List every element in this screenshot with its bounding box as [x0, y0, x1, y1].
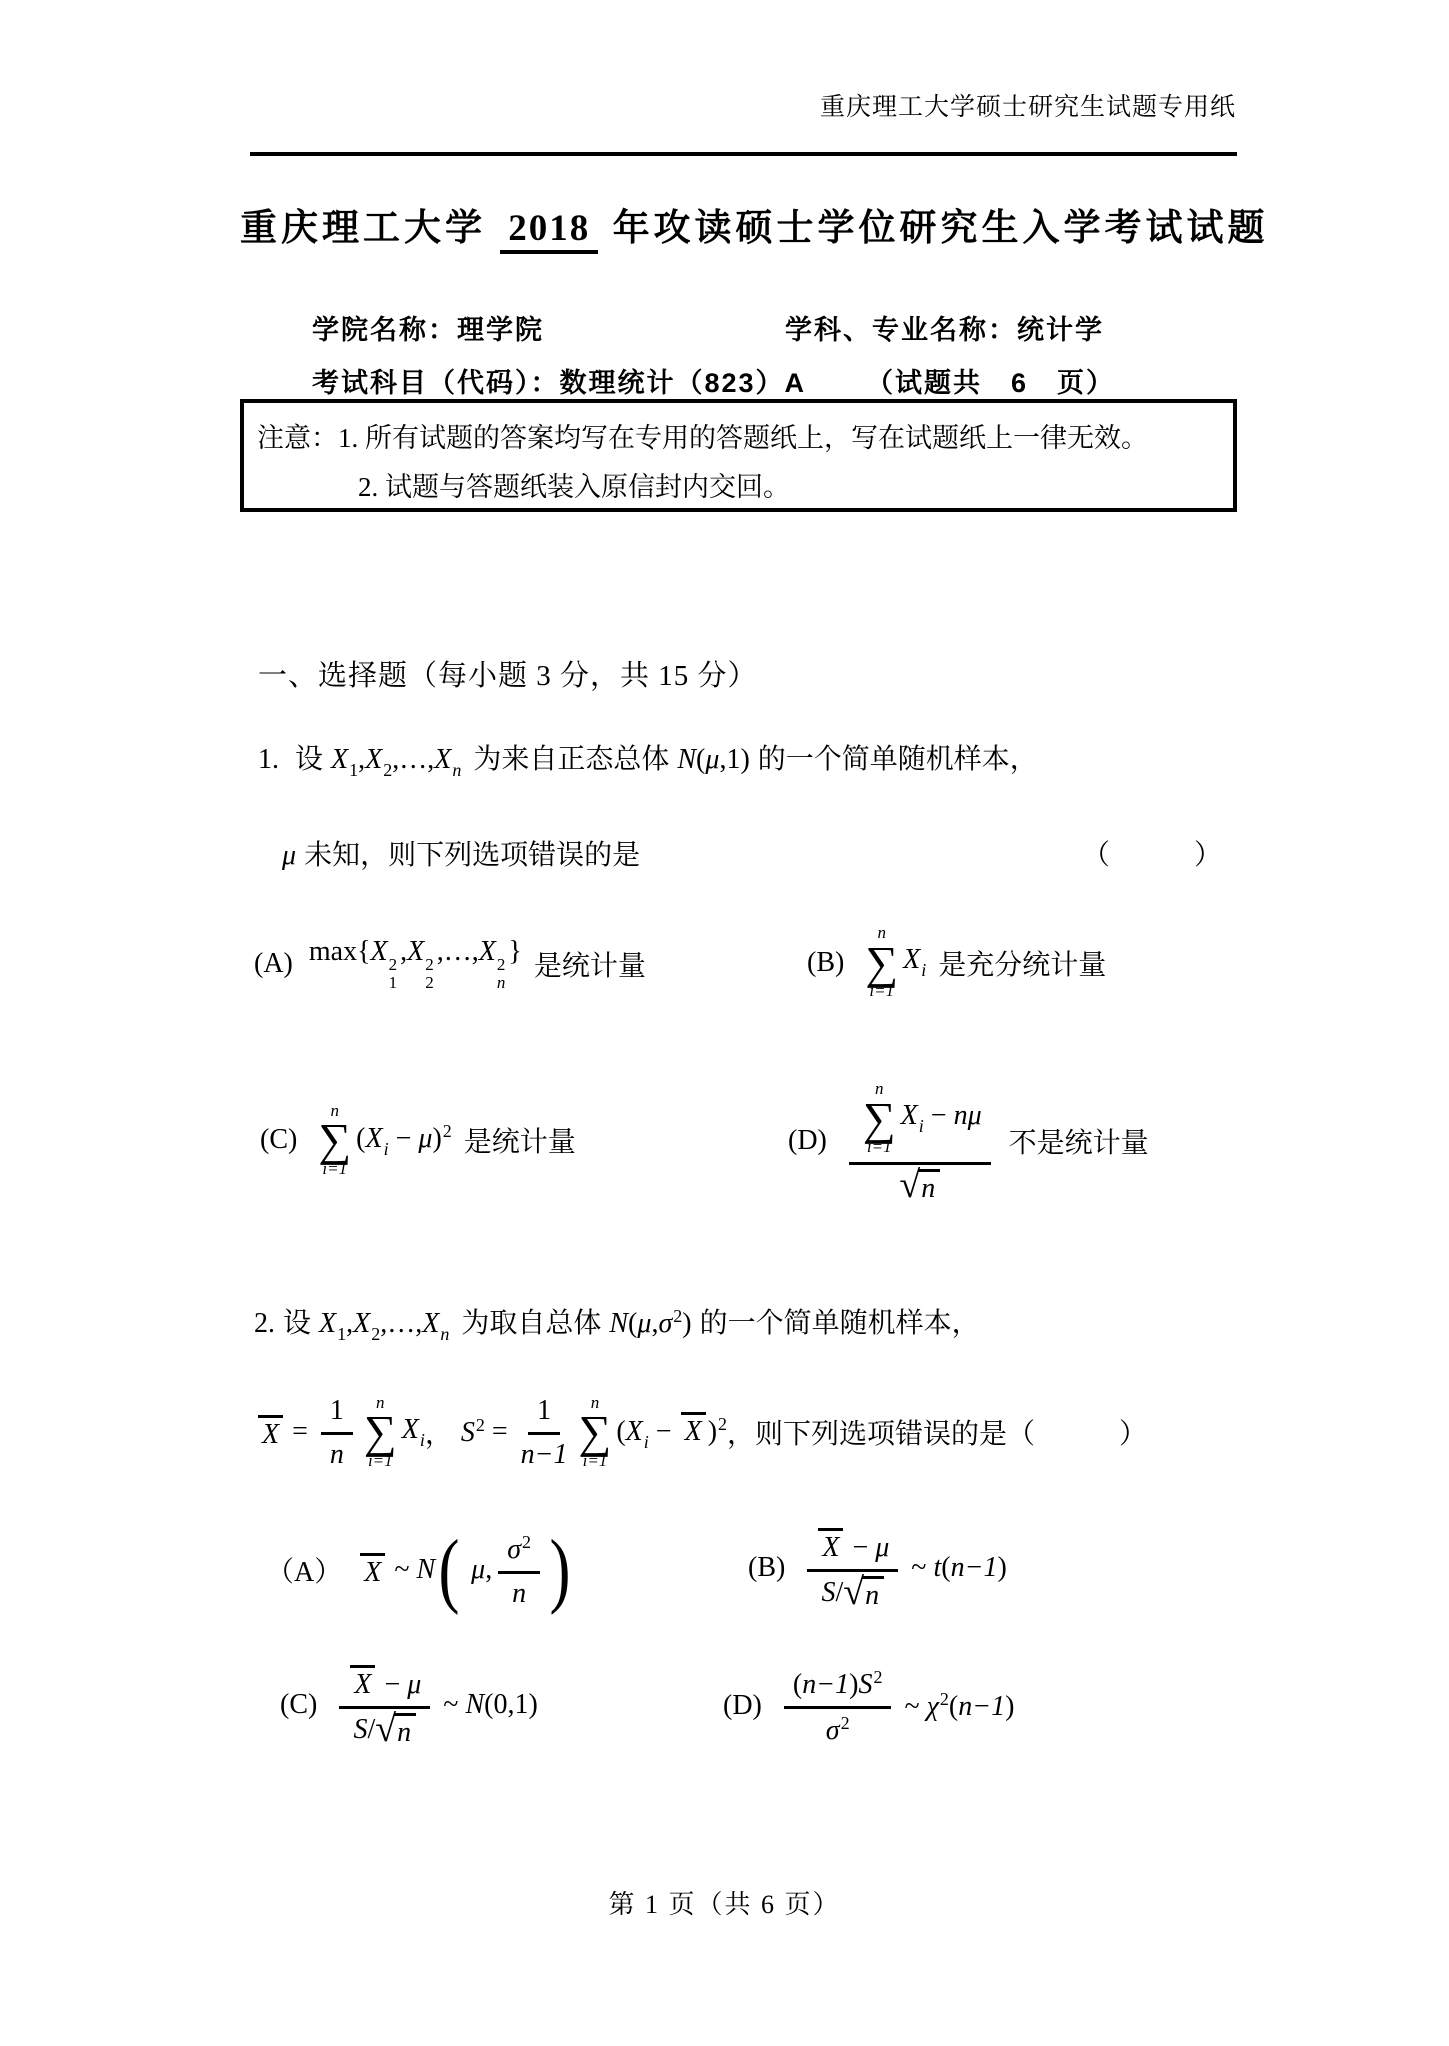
major-value: 统计学 [1017, 315, 1104, 345]
q2-mid-text: 为取自总体 [461, 1308, 601, 1339]
one-over-n-minus-1-fraction: 1n−1 [521, 1393, 568, 1471]
notice-item-1: 1. 所有试题的答案均写在专用的答题纸上，写在试题纸上一律无效。 [338, 423, 1148, 453]
q1-option-d-text: 不是统计量 [1009, 1121, 1149, 1161]
x-bar-symbol: X [258, 1415, 283, 1449]
q1-number: 1. [258, 744, 279, 775]
info-college: 学院名称：理学院 [312, 308, 544, 347]
summation-symbol: n∑i=1 [318, 1102, 351, 1178]
question-1-intro: 1.设X1,X2,…,Xn为来自正态总体N(μ,1)的一个简单随机样本， [258, 737, 1038, 781]
q2-option-c-label: (C) [280, 1689, 317, 1721]
q1-normal-population: N(μ,1) [677, 744, 749, 776]
q2-option-a-label: （A） [266, 1550, 342, 1590]
s-squared-symbol: S2 [461, 1415, 485, 1449]
x-bar-symbol: X [360, 1553, 385, 1587]
sqrt-n: √n [843, 1576, 884, 1610]
title-university: 重庆理工大学 [240, 207, 486, 248]
question-1-line2: μ未知，则下列选项错误的是 [282, 833, 640, 873]
q1-option-c-term: (Xi−μ)2 [356, 1121, 452, 1160]
info-pages-note: （试题共 6 页） [866, 361, 1115, 400]
q1-option-c: (C)n∑i=1(Xi−μ)2是统计量 [260, 1065, 576, 1215]
q1-option-b-text: 是充分统计量 [938, 943, 1106, 983]
question-2-intro: 2.设X1,X2,…,Xn为取自总体N(μ,σ2)的一个简单随机样本， [254, 1301, 980, 1345]
summation-symbol: n∑i=1 [364, 1394, 397, 1470]
q1-option-a-label: (A) [254, 948, 293, 980]
info-subject: 考试科目（代码）：数理统计（823）A [312, 361, 806, 400]
sqrt-n: √n [899, 1169, 940, 1203]
exam-paper-page: 重庆理工大学硕士研究生试题专用纸 重庆理工大学 2018 年攻读硕士学位研究生入… [0, 0, 1449, 2046]
separator-comma: ， [425, 1412, 453, 1452]
q1-tail-text: 的一个简单随机样本， [758, 744, 1038, 775]
major-label: 学科、专业名称： [785, 315, 1017, 345]
college-label: 学院名称： [312, 315, 457, 345]
q1-option-d: (D)n∑i=1Xi−nμ√n不是统计量 [788, 1058, 1149, 1223]
q2-xi-term: Xi [402, 1414, 425, 1451]
equals-sign: = [492, 1416, 508, 1448]
equals-sign: = [292, 1416, 308, 1448]
q1-option-c-text: 是统计量 [464, 1120, 576, 1160]
sqrt-n: √n [375, 1713, 416, 1747]
college-value: 理学院 [457, 315, 544, 345]
q2b-distribution: ~t(n−1) [904, 1552, 1007, 1584]
subject-value: 数理统计（823）A [560, 368, 807, 398]
q2a-mu-comma: μ, [471, 1554, 492, 1586]
q1-option-a-formula: max{X21,X22,…,X2n} [309, 936, 522, 992]
q2-option-b-label: (B) [748, 1552, 785, 1584]
z-statistic-fraction: X−μS/√n [339, 1663, 430, 1747]
q1-set-word: 设 [295, 744, 323, 775]
q2-set-word: 设 [283, 1308, 311, 1339]
notice-label: 注意： [257, 423, 338, 453]
notice-box: 注意：1. 所有试题的答案均写在专用的答题纸上，写在试题纸上一律无效。 2. 试… [240, 399, 1237, 512]
q1-option-b: (B)n∑i=1Xi是充分统计量 [807, 895, 1106, 1030]
q2c-distribution: ~N(0,1) [436, 1689, 538, 1721]
q1-option-b-term: Xi [903, 944, 926, 981]
question-2-formulas: X=1nn∑i=1Xi，S2=1n−1n∑i=1(Xi−X)2，则下列选项错误的… [256, 1358, 1147, 1506]
q2-option-b: (B)X−μS/√n~t(n−1) [748, 1498, 1007, 1638]
notice-line-1: 注意：1. 所有试题的答案均写在专用的答题纸上，写在试题纸上一律无效。 [257, 416, 1148, 455]
footer-page-number: 第 1 页（共 6 页） [0, 1884, 1449, 1921]
q1-sample-sequence: X1,X2,…,Xn [331, 744, 461, 781]
q2-number: 2. [254, 1308, 275, 1339]
q1-option-d-label: (D) [788, 1125, 827, 1157]
t-statistic-fraction: X−μS/√n [807, 1526, 898, 1610]
q2-option-d-label: (D) [723, 1690, 762, 1722]
q2d-distribution: ~χ2(n−1) [897, 1689, 1014, 1723]
title-year: 2018 [500, 208, 598, 254]
page-title: 重庆理工大学 2018 年攻读硕士学位研究生入学考试试题 [240, 197, 1240, 251]
section-heading: 一、选择题（每小题 3 分，共 15 分） [258, 653, 758, 694]
normal-symbol: N [417, 1554, 436, 1586]
q1-option-b-label: (B) [807, 947, 844, 979]
q2-sample-sequence: X1,X2,…,Xn [319, 1308, 449, 1345]
q1-option-a-text: 是统计量 [534, 944, 646, 984]
header-rule [250, 152, 1237, 156]
summation-symbol: n∑i=1 [863, 1080, 896, 1156]
q1-answer-blank: （ ） [1082, 833, 1222, 873]
title-suffix: 年攻读硕士学位研究生入学考试试题 [613, 207, 1269, 248]
info-major: 学科、专业名称：统计学 [785, 308, 1104, 347]
q2-tail-text: 的一个简单随机样本， [700, 1308, 980, 1339]
q2-option-d: (D)(n−1)S2σ2~χ2(n−1) [723, 1638, 1014, 1773]
q1-option-a: (A)max{X21,X22,…,X2n}是统计量 [254, 938, 646, 990]
q1-mid-text: 为来自正态总体 [473, 744, 669, 775]
summation-symbol: n∑i=1 [579, 1394, 612, 1470]
q1-line2-text: 未知，则下列选项错误的是 [304, 840, 640, 871]
q2-normal-population: N(μ,σ2) [609, 1306, 691, 1340]
sigma-sq-over-n: σ2n [498, 1530, 540, 1610]
subject-label: 考试科目（代码）： [312, 368, 560, 398]
chi-sq-statistic-fraction: (n−1)S2σ2 [784, 1665, 892, 1747]
q2-option-c: (C)X−μS/√n~N(0,1) [280, 1632, 538, 1777]
notice-line-2: 2. 试题与答题纸装入原信封内交回。 [358, 465, 790, 504]
q1-mu-symbol: μ [282, 840, 296, 871]
header-note: 重庆理工大学硕士研究生试题专用纸 [820, 87, 1236, 123]
tilde-distributed: ~ [394, 1554, 409, 1586]
summation-symbol: n∑i=1 [865, 924, 898, 1000]
q2-then-text: ，则下列选项错误的是（ ） [727, 1412, 1147, 1452]
q1-option-d-fraction: n∑i=1Xi−nμ√n [849, 1078, 991, 1202]
q2-option-a: （A）X~N(μ,σ2n) [266, 1500, 574, 1640]
q2-deviation-term: (Xi−X)2 [616, 1412, 727, 1453]
q1-option-c-label: (C) [260, 1124, 297, 1156]
one-over-n-fraction: 1n [321, 1393, 353, 1471]
